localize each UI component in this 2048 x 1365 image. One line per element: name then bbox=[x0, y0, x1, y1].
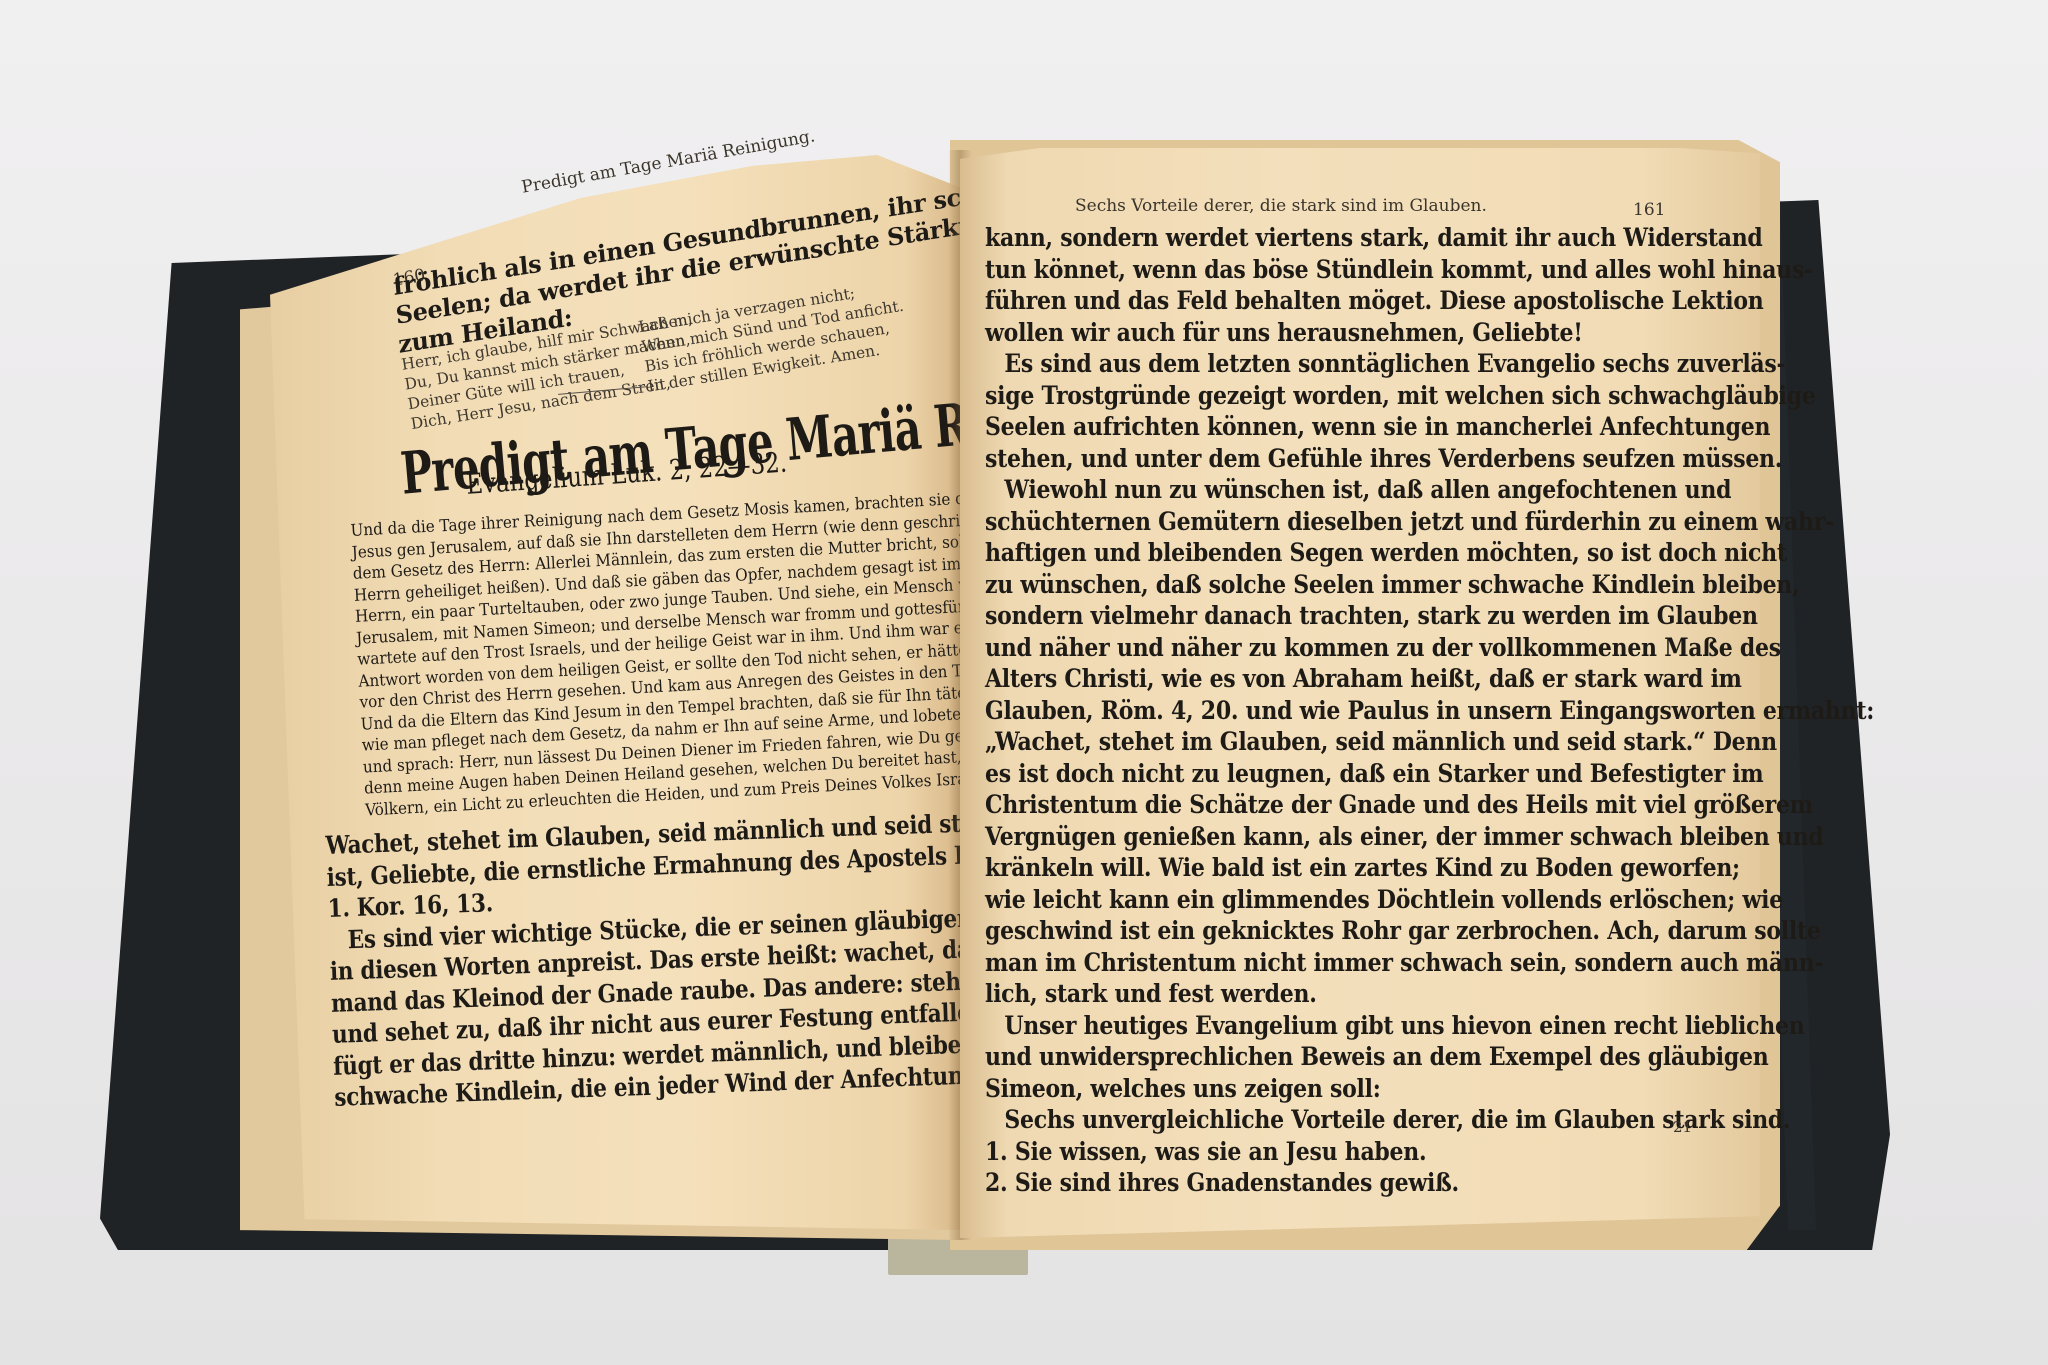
text-line: geschwind ist ein geknicktes Rohr gar ze… bbox=[985, 915, 1874, 947]
right-page-number: 161 bbox=[1633, 200, 1665, 220]
text-line: schüchternen Gemütern dieselben jetzt un… bbox=[985, 506, 1874, 538]
text-line: führen und das Feld behalten möget. Dies… bbox=[985, 285, 1874, 317]
text-line: und näher und näher zu kommen zu der vol… bbox=[985, 632, 1874, 664]
text-line: wie leicht kann ein glimmendes Döchtlein… bbox=[985, 884, 1874, 916]
text-line: sondern vielmehr danach trachten, stark … bbox=[985, 600, 1874, 632]
right-body-text: kann, sondern werdet viertens stark, dam… bbox=[985, 222, 1874, 1199]
sermon-point: 2. Sie sind ihres Gnadenstandes gewiß. bbox=[985, 1167, 1874, 1199]
text-line: Seelen aufrichten können, wenn sie in ma… bbox=[985, 411, 1874, 443]
text-line: kann, sondern werdet viertens stark, dam… bbox=[985, 222, 1874, 254]
sermon-theme: Sechs unvergleichliche Vorteile derer, d… bbox=[985, 1104, 1874, 1136]
signature-mark: 21 bbox=[1673, 1118, 1692, 1136]
text-line: und unwidersprechlichen Beweis an dem Ex… bbox=[985, 1041, 1874, 1073]
text-line: Simeon, welches uns zeigen soll: bbox=[985, 1073, 1874, 1105]
text-line: es ist doch nicht zu leugnen, daß ein St… bbox=[985, 758, 1874, 790]
text-line: lich, stark und fest werden. bbox=[985, 978, 1874, 1010]
text-line: Christentum die Schätze der Gnade und de… bbox=[985, 789, 1874, 821]
text-line: wollen wir auch für uns herausnehmen, Ge… bbox=[985, 317, 1874, 349]
text-line: haftigen und bleibenden Segen werden möc… bbox=[985, 537, 1874, 569]
right-page-content: Sechs Vorteile derer, die stark sind im … bbox=[0, 0, 2048, 1365]
text-line: tun könnet, wenn das böse Stündlein komm… bbox=[985, 254, 1874, 286]
text-line: Unser heutiges Evangelium gibt uns hievo… bbox=[985, 1010, 1874, 1042]
text-line: Alters Christi, wie es von Abraham heißt… bbox=[985, 663, 1874, 695]
text-line: kränkeln will. Wie bald ist ein zartes K… bbox=[985, 852, 1874, 884]
text-line: sige Trostgründe gezeigt worden, mit wel… bbox=[985, 380, 1874, 412]
text-line: stehen, und unter dem Gefühle ihres Verd… bbox=[985, 443, 1874, 475]
sermon-point: 1. Sie wissen, was sie an Jesu haben. bbox=[985, 1136, 1874, 1168]
text-line: Wiewohl nun zu wünschen ist, daß allen a… bbox=[985, 474, 1874, 506]
text-line: Es sind aus dem letzten sonntäglichen Ev… bbox=[985, 348, 1874, 380]
text-line: zu wünschen, daß solche Seelen immer sch… bbox=[985, 569, 1874, 601]
text-line: Glauben, Röm. 4, 20. und wie Paulus in u… bbox=[985, 695, 1874, 727]
right-running-head: Sechs Vorteile derer, die stark sind im … bbox=[1075, 196, 1487, 216]
text-line: man im Christentum nicht immer schwach s… bbox=[985, 947, 1874, 979]
text-line: Vergnügen genießen kann, als einer, der … bbox=[985, 821, 1874, 853]
text-line: „Wachet, stehet im Glauben, seid männlic… bbox=[985, 726, 1874, 758]
